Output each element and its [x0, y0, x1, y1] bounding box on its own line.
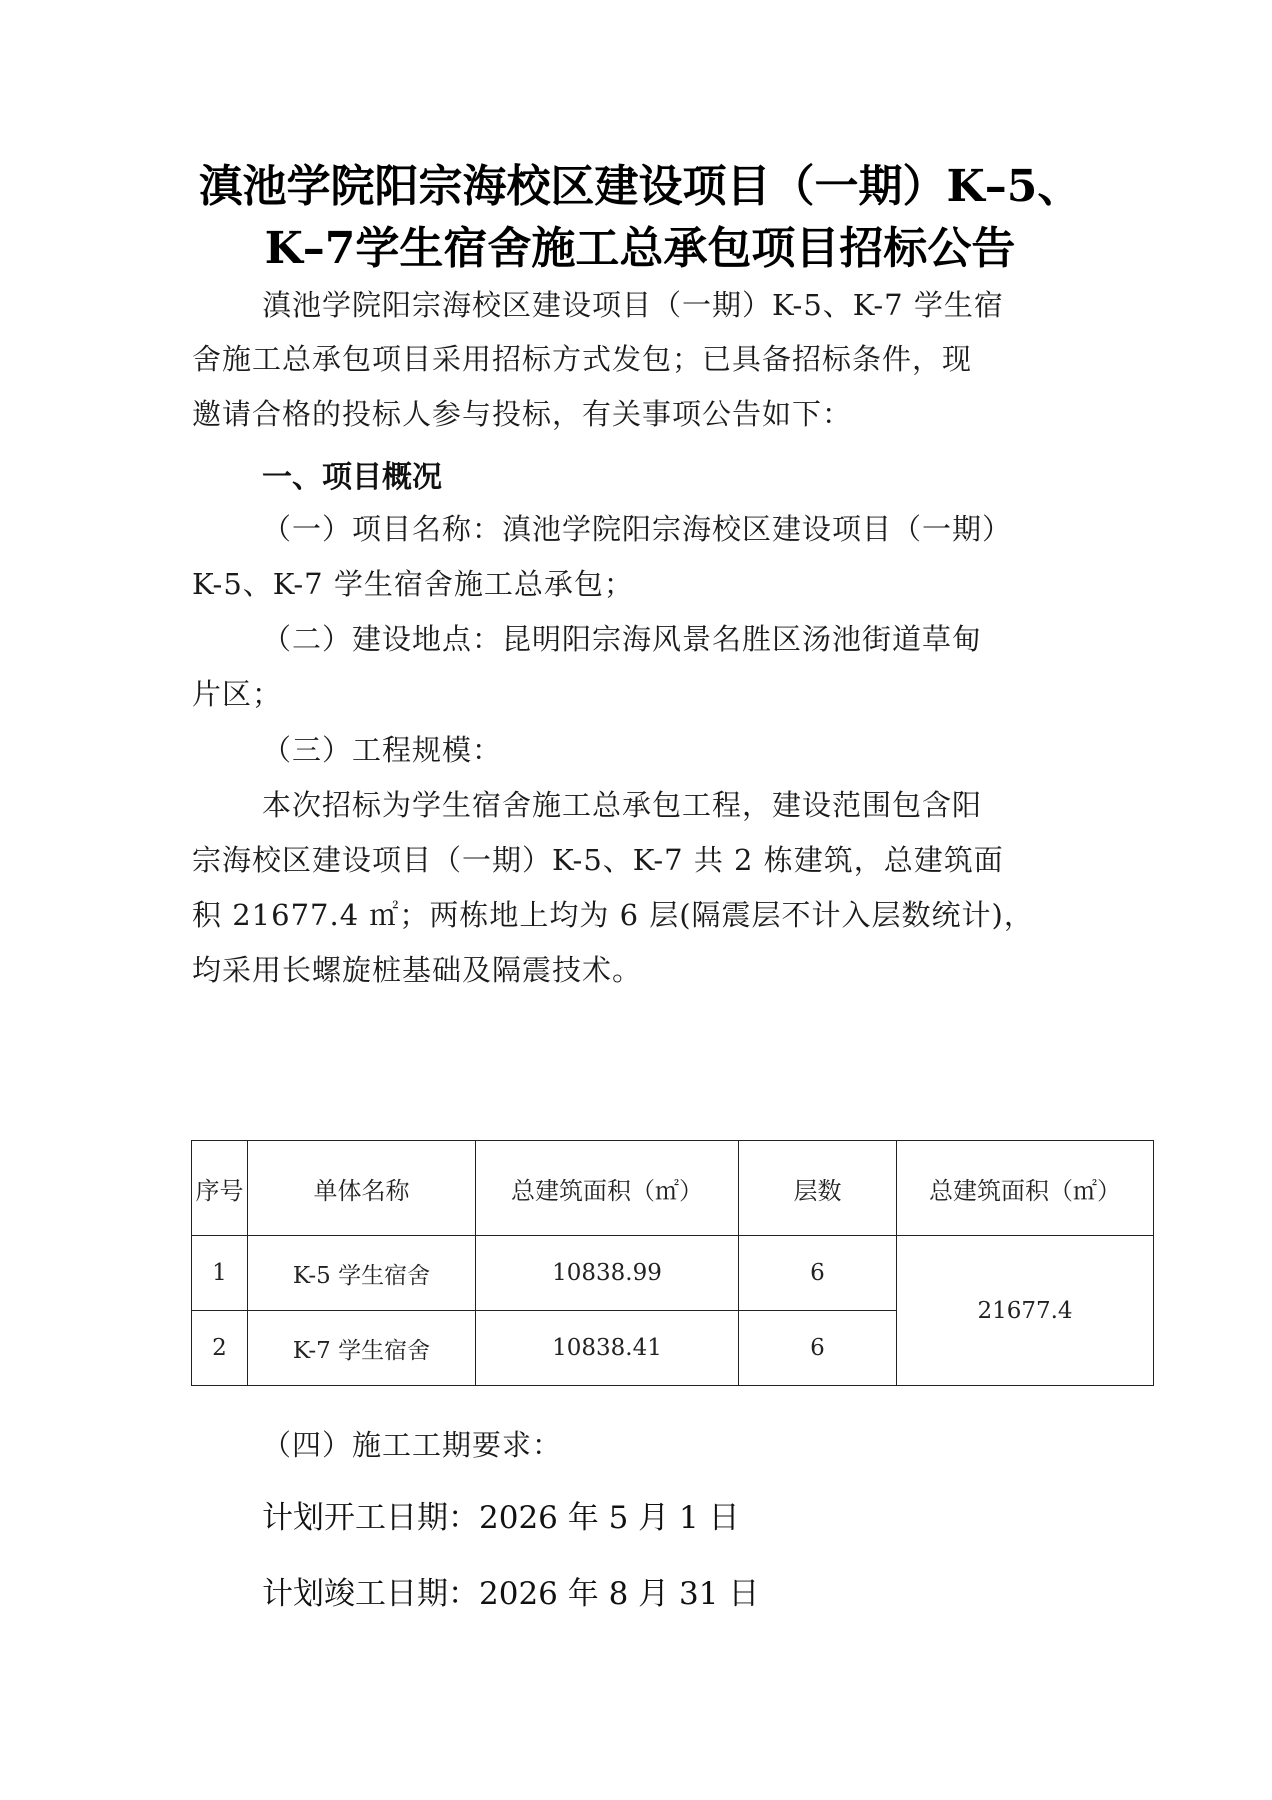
item-scale-heading: （三）工程规模：: [262, 728, 1162, 769]
table-header-row: 序号 单体名称 总建筑面积（㎡） 层数 总建筑面积（㎡）: [192, 1141, 1154, 1236]
item-name-line: （一）项目名称：滇池学院阳宗海校区建设项目（一期）: [262, 507, 1162, 548]
scale-line: 均采用长螺旋桩基础及隔震技术。: [192, 948, 1092, 989]
cell-floors: 6: [739, 1236, 897, 1311]
col-header-no: 序号: [192, 1141, 248, 1236]
section-heading: 一、项目概况: [262, 452, 442, 496]
doc-title-line2: K–7学生宿舍施工总承包项目招标公告: [190, 212, 1090, 276]
scale-line: 宗海校区建设项目（一期）K-5、K-7 共 2 栋建筑，总建筑面: [192, 838, 1092, 879]
cell-no: 2: [192, 1311, 248, 1386]
item-location-line: （二）建设地点：昆明阳宗海风景名胜区汤池街道草甸: [262, 617, 1162, 658]
scale-line: 本次招标为学生宿舍施工总承包工程，建设范围包含阳: [262, 783, 1162, 824]
cell-area: 10838.99: [476, 1236, 739, 1311]
building-table: 序号 单体名称 总建筑面积（㎡） 层数 总建筑面积（㎡） 1 K-5 学生宿舍 …: [191, 1140, 1154, 1386]
col-header-area: 总建筑面积（㎡）: [476, 1141, 739, 1236]
planned-end-date: 计划竣工日期：2026 年 8 月 31 日: [262, 1568, 759, 1613]
cell-area: 10838.41: [476, 1311, 739, 1386]
intro-line: 邀请合格的投标人参与投标，有关事项公告如下：: [192, 392, 1092, 433]
cell-total-area: 21677.4: [897, 1236, 1154, 1386]
cell-no: 1: [192, 1236, 248, 1311]
item-name-line: K-5、K-7 学生宿舍施工总承包；: [192, 562, 1092, 603]
cell-name: K-7 学生宿舍: [248, 1311, 476, 1386]
schedule-heading: （四）施工工期要求：: [262, 1423, 1162, 1464]
col-header-total-area: 总建筑面积（㎡）: [897, 1141, 1154, 1236]
col-header-floors: 层数: [739, 1141, 897, 1236]
cell-floors: 6: [739, 1311, 897, 1386]
intro-line: 舍施工总承包项目采用招标方式发包；已具备招标条件，现: [192, 337, 1092, 378]
scale-line: 积 21677.4 ㎡；两栋地上均为 6 层(隔震层不计入层数统计)，: [192, 893, 1092, 934]
doc-title-line1: 滇池学院阳宗海校区建设项目（一期）K–5、: [190, 150, 1090, 214]
planned-start-date: 计划开工日期：2026 年 5 月 1 日: [262, 1492, 740, 1537]
item-location-line: 片区；: [192, 672, 1092, 713]
intro-line: 滇池学院阳宗海校区建设项目（一期）K-5、K-7 学生宿: [262, 283, 1162, 324]
col-header-name: 单体名称: [248, 1141, 476, 1236]
cell-name: K-5 学生宿舍: [248, 1236, 476, 1311]
table-row: 1 K-5 学生宿舍 10838.99 6 21677.4: [192, 1236, 1154, 1311]
